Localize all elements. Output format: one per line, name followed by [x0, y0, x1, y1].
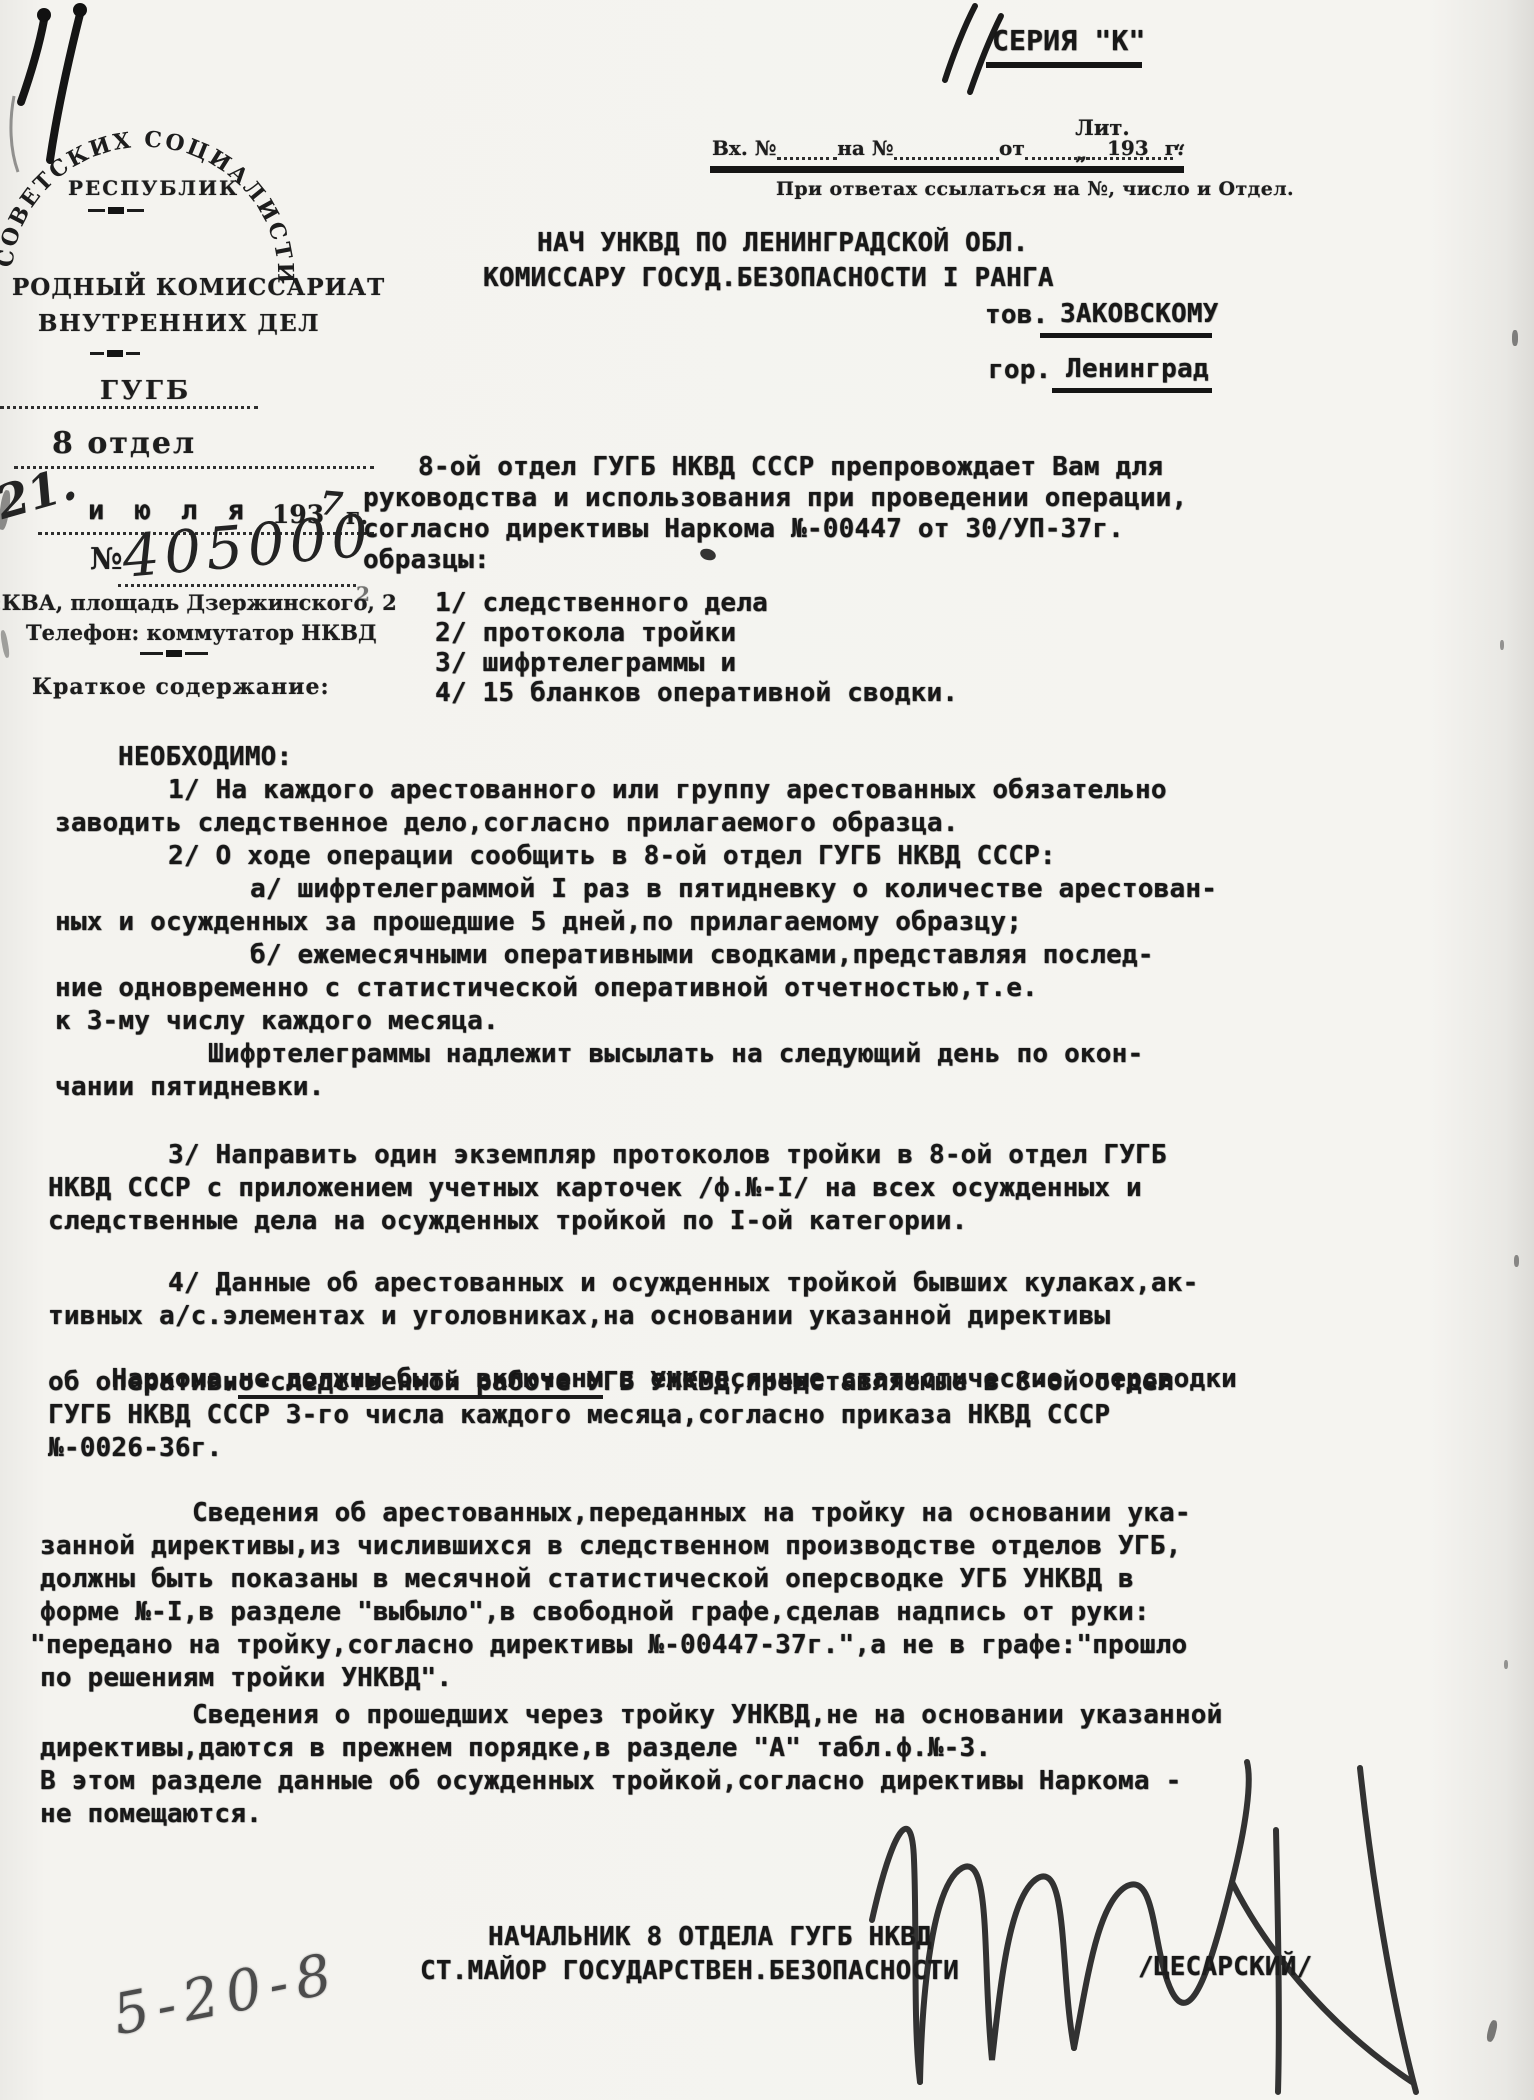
scan-speck [1504, 1660, 1508, 1669]
typed-line: 3/ Направить один экземпляр протоколов т… [168, 1140, 1167, 1170]
addressee-city: Ленинград [1066, 354, 1209, 384]
letterhead-republic: РЕСПУБЛИК [68, 176, 239, 200]
incoming-ot-label: от [999, 136, 1025, 160]
enclosure-item: 1/ следственного дела [435, 588, 768, 618]
margin-mark: 2 [356, 582, 370, 606]
typed-line: 2/ О ходе операции сообщить в 8-ой отдел… [168, 841, 1056, 871]
incoming-na-label: на № [837, 136, 893, 160]
series-stamp: СЕРИЯ "К" [992, 26, 1146, 56]
typed-line: ных и осужденных за прошедшие 5 дней,по … [55, 907, 1022, 937]
incoming-leader-1 [777, 143, 838, 160]
reference-note: При ответах ссылаться на №, число и Отде… [776, 178, 1294, 200]
typed-line: 4/ Данные об арестованных и осужденных т… [168, 1268, 1198, 1298]
addressee-city-underline [1052, 388, 1212, 393]
enclosure-item: 2/ протокола тройки [435, 618, 736, 648]
addressee-name: ЗАКОВСКОМУ [1060, 299, 1219, 329]
handwritten-archival-code: 5-20-8 [108, 1941, 345, 2048]
series-underline [986, 62, 1142, 68]
typed-line: б/ ежемесячными оперативными сводками,пр… [250, 940, 1154, 970]
addressee-line-1: НАЧ УНКВД ПО ЛЕНИНГРАДСКОЙ ОБЛ. [537, 228, 1028, 258]
incoming-leader-3 [1025, 143, 1107, 160]
typed-line: Сведения о прошедших через тройку УНКВД,… [192, 1700, 1222, 1730]
typed-line: не помещаются. [40, 1799, 262, 1829]
typed-line: Сведения об арестованных,переданных на т… [192, 1498, 1191, 1528]
typed-line: согласно директивы Наркома №-00447 от 30… [363, 514, 1124, 544]
ink-blob [699, 547, 718, 562]
scan-speck [1512, 330, 1518, 346]
divider-1 [88, 207, 144, 214]
incoming-year: 193 [1107, 136, 1149, 160]
typed-line: 1/ На каждого арестованного или группу а… [168, 775, 1167, 805]
scan-speck [1485, 2019, 1498, 2042]
typed-line: №-0026-36г. [48, 1433, 222, 1463]
typed-line: образцы: [363, 545, 490, 575]
letterhead-gugb: ГУГБ [100, 376, 191, 406]
typed-line: директивы,даются в прежнем порядке,в раз… [40, 1733, 991, 1763]
scanned-document: СОВЕТСКИХ СОЦИАЛИСТИЧЕСКИХ РЕСПУБЛИК РОД… [0, 0, 1534, 2100]
incoming-year-suffix: г. [1165, 136, 1184, 160]
scan-speck [1514, 1255, 1519, 1267]
typed-line: ние одновременно с статистической операт… [55, 973, 1038, 1003]
typed-line: Шифртелеграммы надлежит высылать на след… [208, 1039, 1143, 1069]
handwritten-day: 21. [0, 456, 82, 530]
scan-speck [0, 630, 10, 659]
typed-line: по решениям тройки УНКВД". [40, 1663, 452, 1693]
letterhead-phone: Телефон: коммутатор НКВД [26, 620, 377, 645]
typed-line: следственные дела на осужденных тройкой … [48, 1206, 968, 1236]
signature-scrawl [800, 1760, 1480, 2100]
typed-line: к 3-му числу каждого месяца. [55, 1006, 499, 1036]
incoming-line: Вх. № на № от 193 г. [712, 136, 1184, 160]
incoming-leader-2 [894, 143, 999, 160]
addressee-salutation: тов. [985, 300, 1048, 330]
addressee-city-label: гор. [988, 355, 1051, 385]
divider-2 [90, 350, 140, 357]
letterhead-address: :КВА, площадь Дзержинского, 2 [0, 590, 397, 615]
dotted-rule-1 [0, 406, 258, 409]
typed-line: НКВД СССР с приложением учетных карточек… [48, 1173, 1142, 1203]
header-thick-rule [710, 166, 1184, 173]
typed-line: руководства и использования при проведен… [363, 483, 1187, 513]
enclosure-item: 3/ шифртелеграммы и [435, 648, 736, 678]
typed-line: чании пятидневки. [55, 1072, 325, 1102]
letterhead-summary-label: Краткое содержание: [32, 674, 330, 700]
typed-line: ГУГБ НКВД СССР 3-го числа каждого месяца… [48, 1400, 1110, 1430]
typed-line: заводить следственное дело,согласно прил… [55, 808, 959, 838]
typed-line: форме №-I,в разделе "выбыло",в свободной… [40, 1597, 1150, 1627]
scan-speck [1500, 640, 1504, 650]
enclosure-item: 4/ 15 бланков оперативной сводки. [435, 678, 958, 708]
number-sign: № [90, 542, 123, 577]
typed-line: "передано на тройку,согласно директивы №… [30, 1630, 1187, 1660]
incoming-no-label: Вх. № [712, 136, 777, 160]
addressee-line-2: КОМИССАРУ ГОСУД.БЕЗОПАСНОСТИ I РАНГА [483, 263, 1054, 293]
typed-line: а/ шифртелеграммой I раз в пятидневку о … [250, 874, 1217, 904]
dotted-rule-4 [118, 584, 356, 587]
letterhead-narkomat-2: ВНУТРЕННИХ ДЕЛ [38, 310, 320, 337]
addressee-name-underline [1040, 333, 1212, 338]
section-heading: НЕОБХОДИМО: [118, 742, 292, 772]
typed-line: 8-ой отдел ГУГБ НКВД СССР препровождает … [418, 452, 1163, 482]
divider-3 [140, 650, 208, 657]
typed-line: должны быть показаны в месячной статисти… [40, 1564, 1134, 1594]
letterhead-department: 8 отдел [52, 426, 196, 461]
typed-line: занной директивы,из числившихся в следст… [40, 1531, 1181, 1561]
typed-line: тивных а/с.элементах и уголовниках,на ос… [48, 1301, 1110, 1331]
typed-line: об оперативно-следственной работе УГБ УН… [48, 1367, 1174, 1397]
letterhead-narkomat-1: РОДНЫЙ КОМИССАРИАТ [12, 274, 385, 301]
